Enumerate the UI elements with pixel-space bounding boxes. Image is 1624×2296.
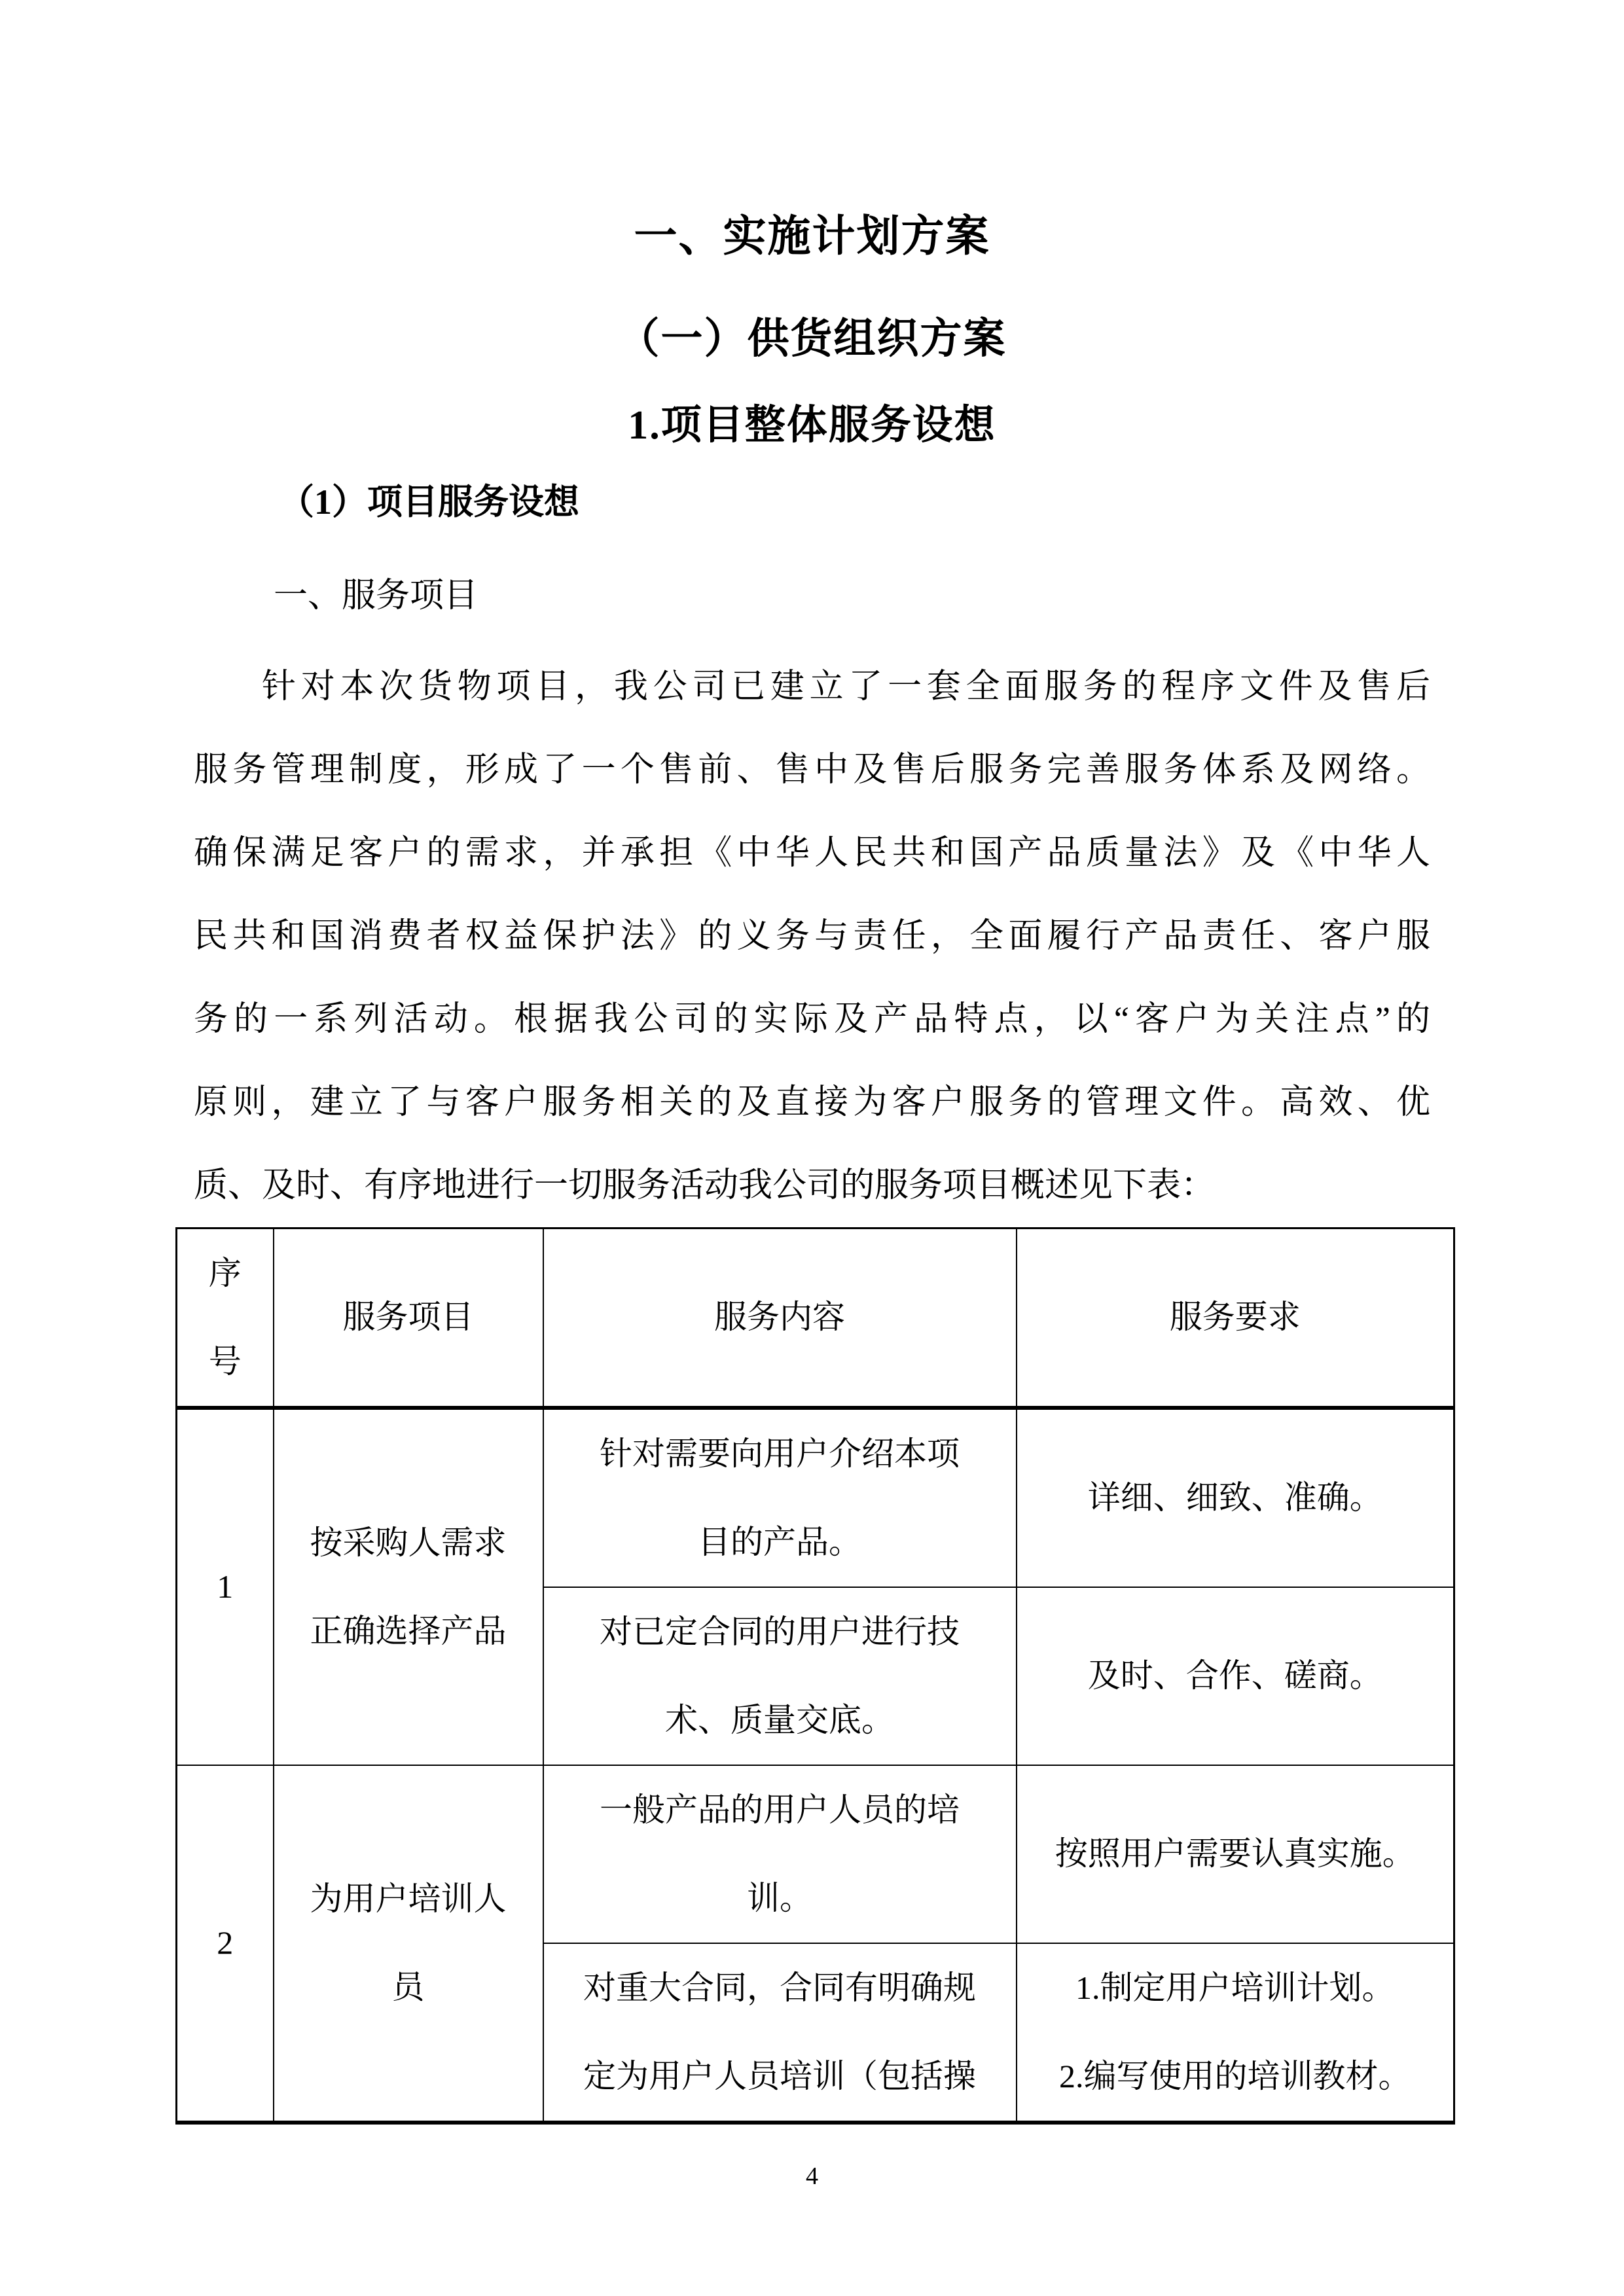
paragraph-line: 原则，建立了与客户服务相关的及直接为客户服务的管理文件。高效、优: [194, 1061, 1430, 1144]
title-supply-organization-plan: （一）供货组织方案: [194, 315, 1430, 363]
title-overall-service-concept: 1.项目整体服务设想: [194, 403, 1430, 448]
table-header-row: 序号 服务项目 服务内容 服务要求: [177, 1228, 1454, 1408]
paragraph-line: 质、及时、有序地进行一切服务活动我公司的服务项目概述见下表：: [194, 1144, 1430, 1227]
paragraph-line: 民共和国消费者权益保护法》的义务与责任，全面履行产品责任、客户服: [194, 895, 1430, 978]
paragraph-line: 服务管理制度，形成了一个售前、售中及售后服务完善服务体系及网络。: [194, 728, 1430, 812]
service-overview-table: 序号 服务项目 服务内容 服务要求 1 按采购人需求 正确选择产品 针对需要向用…: [175, 1227, 1455, 2125]
paragraph-line: 务的一系列活动。根据我公司的实际及产品特点，以“客户为关注点”的: [194, 978, 1430, 1061]
cell-item: 按采购人需求 正确选择产品: [274, 1408, 543, 1765]
cell-seq: 1: [177, 1408, 274, 1765]
cell-content: 针对需要向用户介绍本项 目的产品。: [543, 1408, 1017, 1587]
title-implementation-plan: 一、实施计划方案: [194, 213, 1430, 261]
paragraph-line: 针对本次货物项目，我公司已建立了一套全面服务的程序文件及售后: [194, 645, 1430, 728]
page-number: 4: [194, 2161, 1430, 2193]
subtitle-service-items: 一、服务项目: [194, 577, 1430, 615]
document-page: 一、实施计划方案 （一）供货组织方案 1.项目整体服务设想 （1）项目服务设想 …: [0, 0, 1624, 2296]
cell-content: 一般产品的用户人员的培 训。: [543, 1765, 1017, 1943]
cell-requirement: 及时、合作、磋商。: [1017, 1587, 1454, 1765]
paragraph-line: 确保满足客户的需求，并承担《中华人民共和国产品质量法》及《中华人: [194, 812, 1430, 895]
header-cell-content: 服务内容: [543, 1228, 1017, 1408]
cell-requirement: 1.制定用户培训计划。 2.编写使用的培训教材。: [1017, 1943, 1454, 2123]
cell-requirement: 详细、细致、准确。: [1017, 1408, 1454, 1587]
cell-content: 对重大合同，合同有明确规 定为用户人员培训（包括操: [543, 1943, 1017, 2123]
table-row: 1 按采购人需求 正确选择产品 针对需要向用户介绍本项 目的产品。 详细、细致、…: [177, 1408, 1454, 1587]
subtitle-project-service-concept: （1）项目服务设想: [194, 482, 1430, 522]
cell-seq: 2: [177, 1765, 274, 2123]
cell-content: 对已定合同的用户进行技 术、质量交底。: [543, 1587, 1017, 1765]
body-paragraph: 针对本次货物项目，我公司已建立了一套全面服务的程序文件及售后 服务管理制度，形成…: [194, 645, 1430, 1227]
header-cell-requirement: 服务要求: [1017, 1228, 1454, 1408]
header-cell-seq: 序号: [177, 1228, 274, 1408]
header-cell-item: 服务项目: [274, 1228, 543, 1408]
cell-requirement: 按照用户需要认真实施。: [1017, 1765, 1454, 1943]
table-row: 2 为用户培训人 员 一般产品的用户人员的培 训。 按照用户需要认真实施。: [177, 1765, 1454, 1943]
cell-item: 为用户培训人 员: [274, 1765, 543, 2123]
